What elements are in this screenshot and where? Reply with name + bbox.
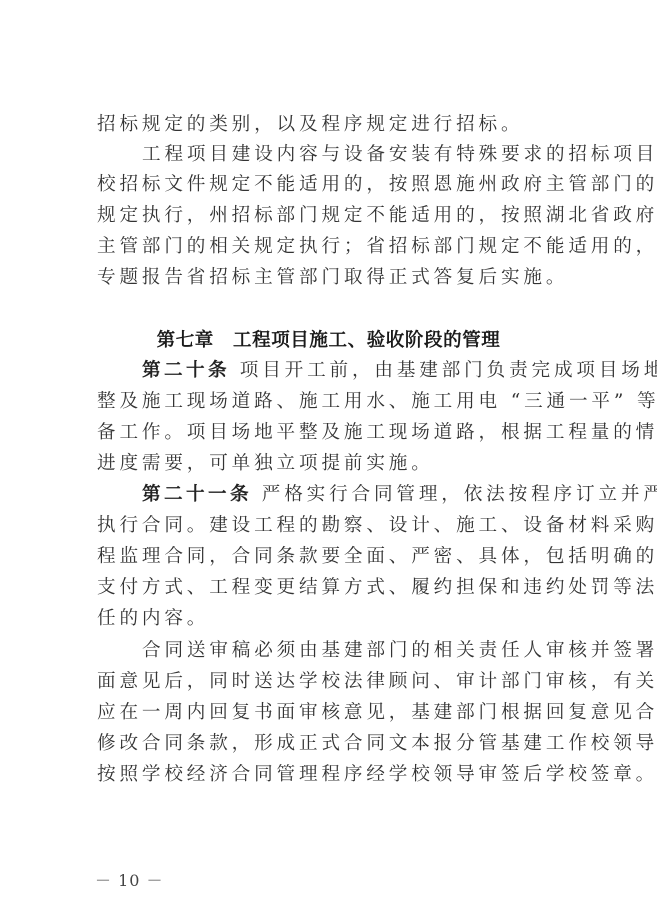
- text-line: 整及施工现场道路、施工用水、施工用电 “三通一平” 等准: [97, 387, 573, 417]
- text-line: 招标规定的类别，以及程序规定进行招标。: [97, 110, 573, 140]
- article-label: 第二十一条: [142, 484, 252, 505]
- article-label: 第二十条: [142, 360, 230, 381]
- text-line: 面意见后，同时送达学校法律顾问、审计部门审核，有关部门: [97, 667, 573, 697]
- article-text: 项目开工前，由基建部门负责完成项目场地平: [230, 360, 657, 381]
- text-line: 专题报告省招标主管部门取得正式答复后实施。: [97, 263, 573, 293]
- article-21-first-line: 第二十一条 严格实行合同管理，依法按程序订立并严格: [142, 480, 573, 510]
- article-20-first-line: 第二十条 项目开工前，由基建部门负责完成项目场地平: [142, 356, 573, 386]
- article-text: 严格实行合同管理，依法按程序订立并严格: [252, 484, 657, 505]
- text-line: 任的内容。: [97, 604, 573, 634]
- chapter-heading: 第七章 工程项目施工、验收阶段的管理: [0, 326, 657, 356]
- text-line: 支付方式、工程变更结算方式、履约担保和违约处罚等法律责: [97, 573, 573, 603]
- text-line: 按照学校经济合同管理程序经学校领导审签后学校签章。所有: [97, 760, 573, 790]
- text-line: 应在一周内回复书面审核意见，基建部门根据回复意见合理地: [97, 698, 573, 728]
- text-line: 主管部门的相关规定执行；省招标部门规定不能适用的，学校: [97, 232, 573, 262]
- text-line: 进度需要，可单独立项提前实施。: [97, 449, 573, 479]
- document-page: 招标规定的类别，以及程序规定进行招标。 工程项目建设内容与设备安装有特殊要求的招…: [0, 0, 657, 913]
- text-line: 执行合同。建设工程的勘察、设计、施工、设备材料采购和工: [97, 511, 573, 541]
- text-line: 备工作。项目场地平整及施工现场道路，根据工程量的情况及: [97, 418, 573, 448]
- text-line: 程监理合同，合同条款要全面、严密、具体，包括明确的价款: [97, 542, 573, 572]
- text-line: 合同送审稿必须由基建部门的相关责任人审核并签署书: [142, 636, 573, 666]
- page-number: － 10 －: [95, 868, 164, 891]
- text-line: 工程项目建设内容与设备安装有特殊要求的招标项目，学: [142, 140, 573, 170]
- text-line: 修改合同条款，形成正式合同文本报分管基建工作校领导审核，: [97, 729, 573, 759]
- text-line: 规定执行，州招标部门规定不能适用的，按照湖北省政府招标: [97, 201, 573, 231]
- text-line: 校招标文件规定不能适用的，按照恩施州政府主管部门的相关: [97, 170, 573, 200]
